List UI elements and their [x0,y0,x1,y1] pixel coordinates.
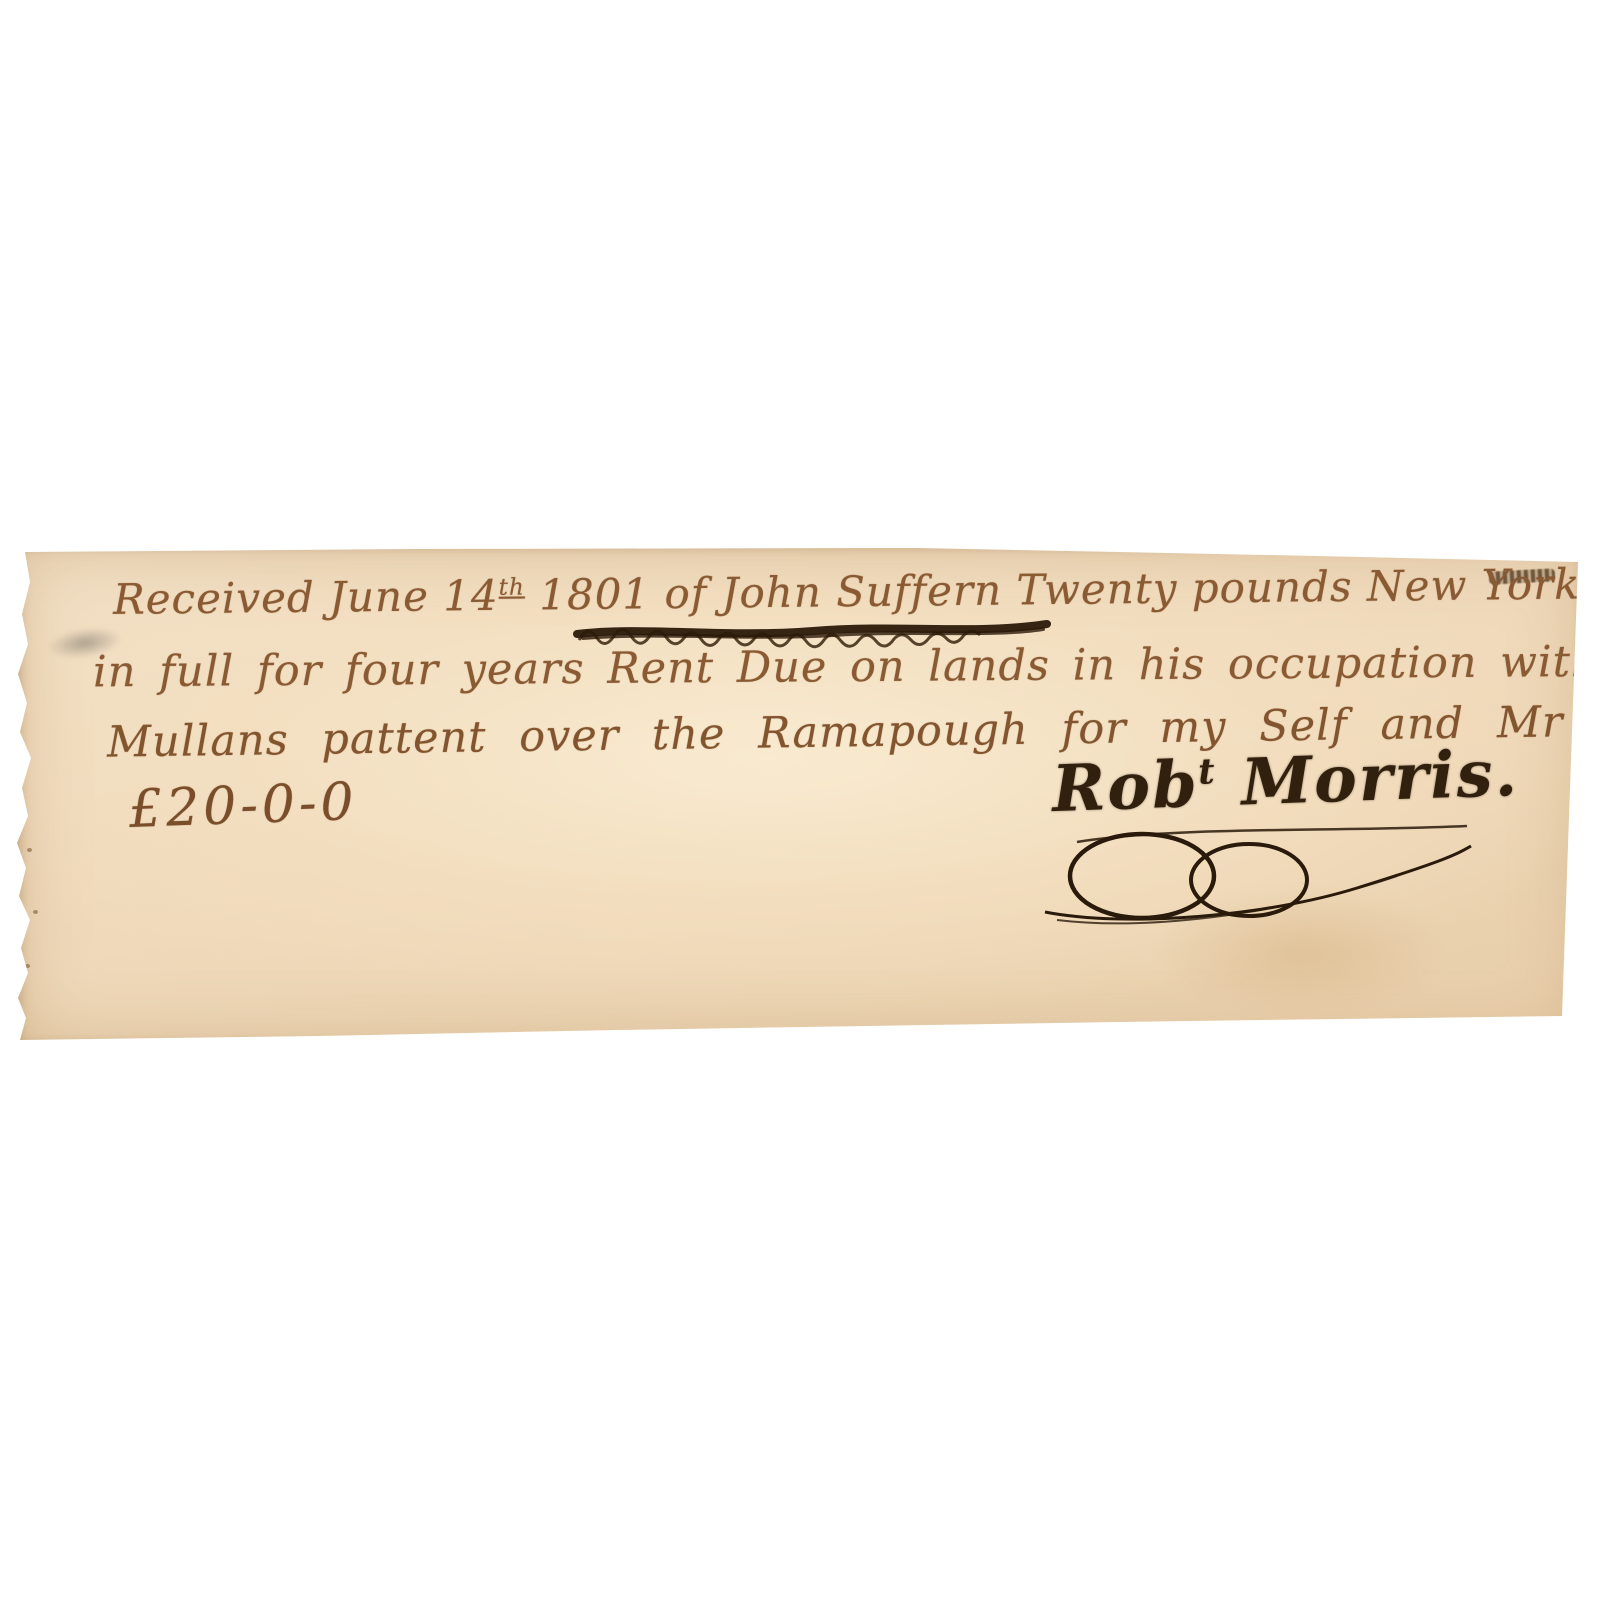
paper-speck [27,848,32,852]
receipt-paper: Received June 14th 1801 of John Suffern … [17,548,1583,1048]
paper-speck [33,910,38,914]
signature-flourish [1037,824,1477,928]
signature-text: Morris. [1216,736,1520,821]
line1-text: Received June 14 [113,571,499,624]
signature-superscript-t: t [1198,751,1218,793]
receipt-line-2: in full for four years Rent Due on lands… [93,637,1600,698]
signature: Robt Morris. [1051,736,1520,827]
signature-text: Rob [1051,747,1200,827]
line1-ordinal-suffix: th [499,575,525,601]
amount-line: £20-0-0 [128,772,359,840]
paper-speck [25,964,30,968]
